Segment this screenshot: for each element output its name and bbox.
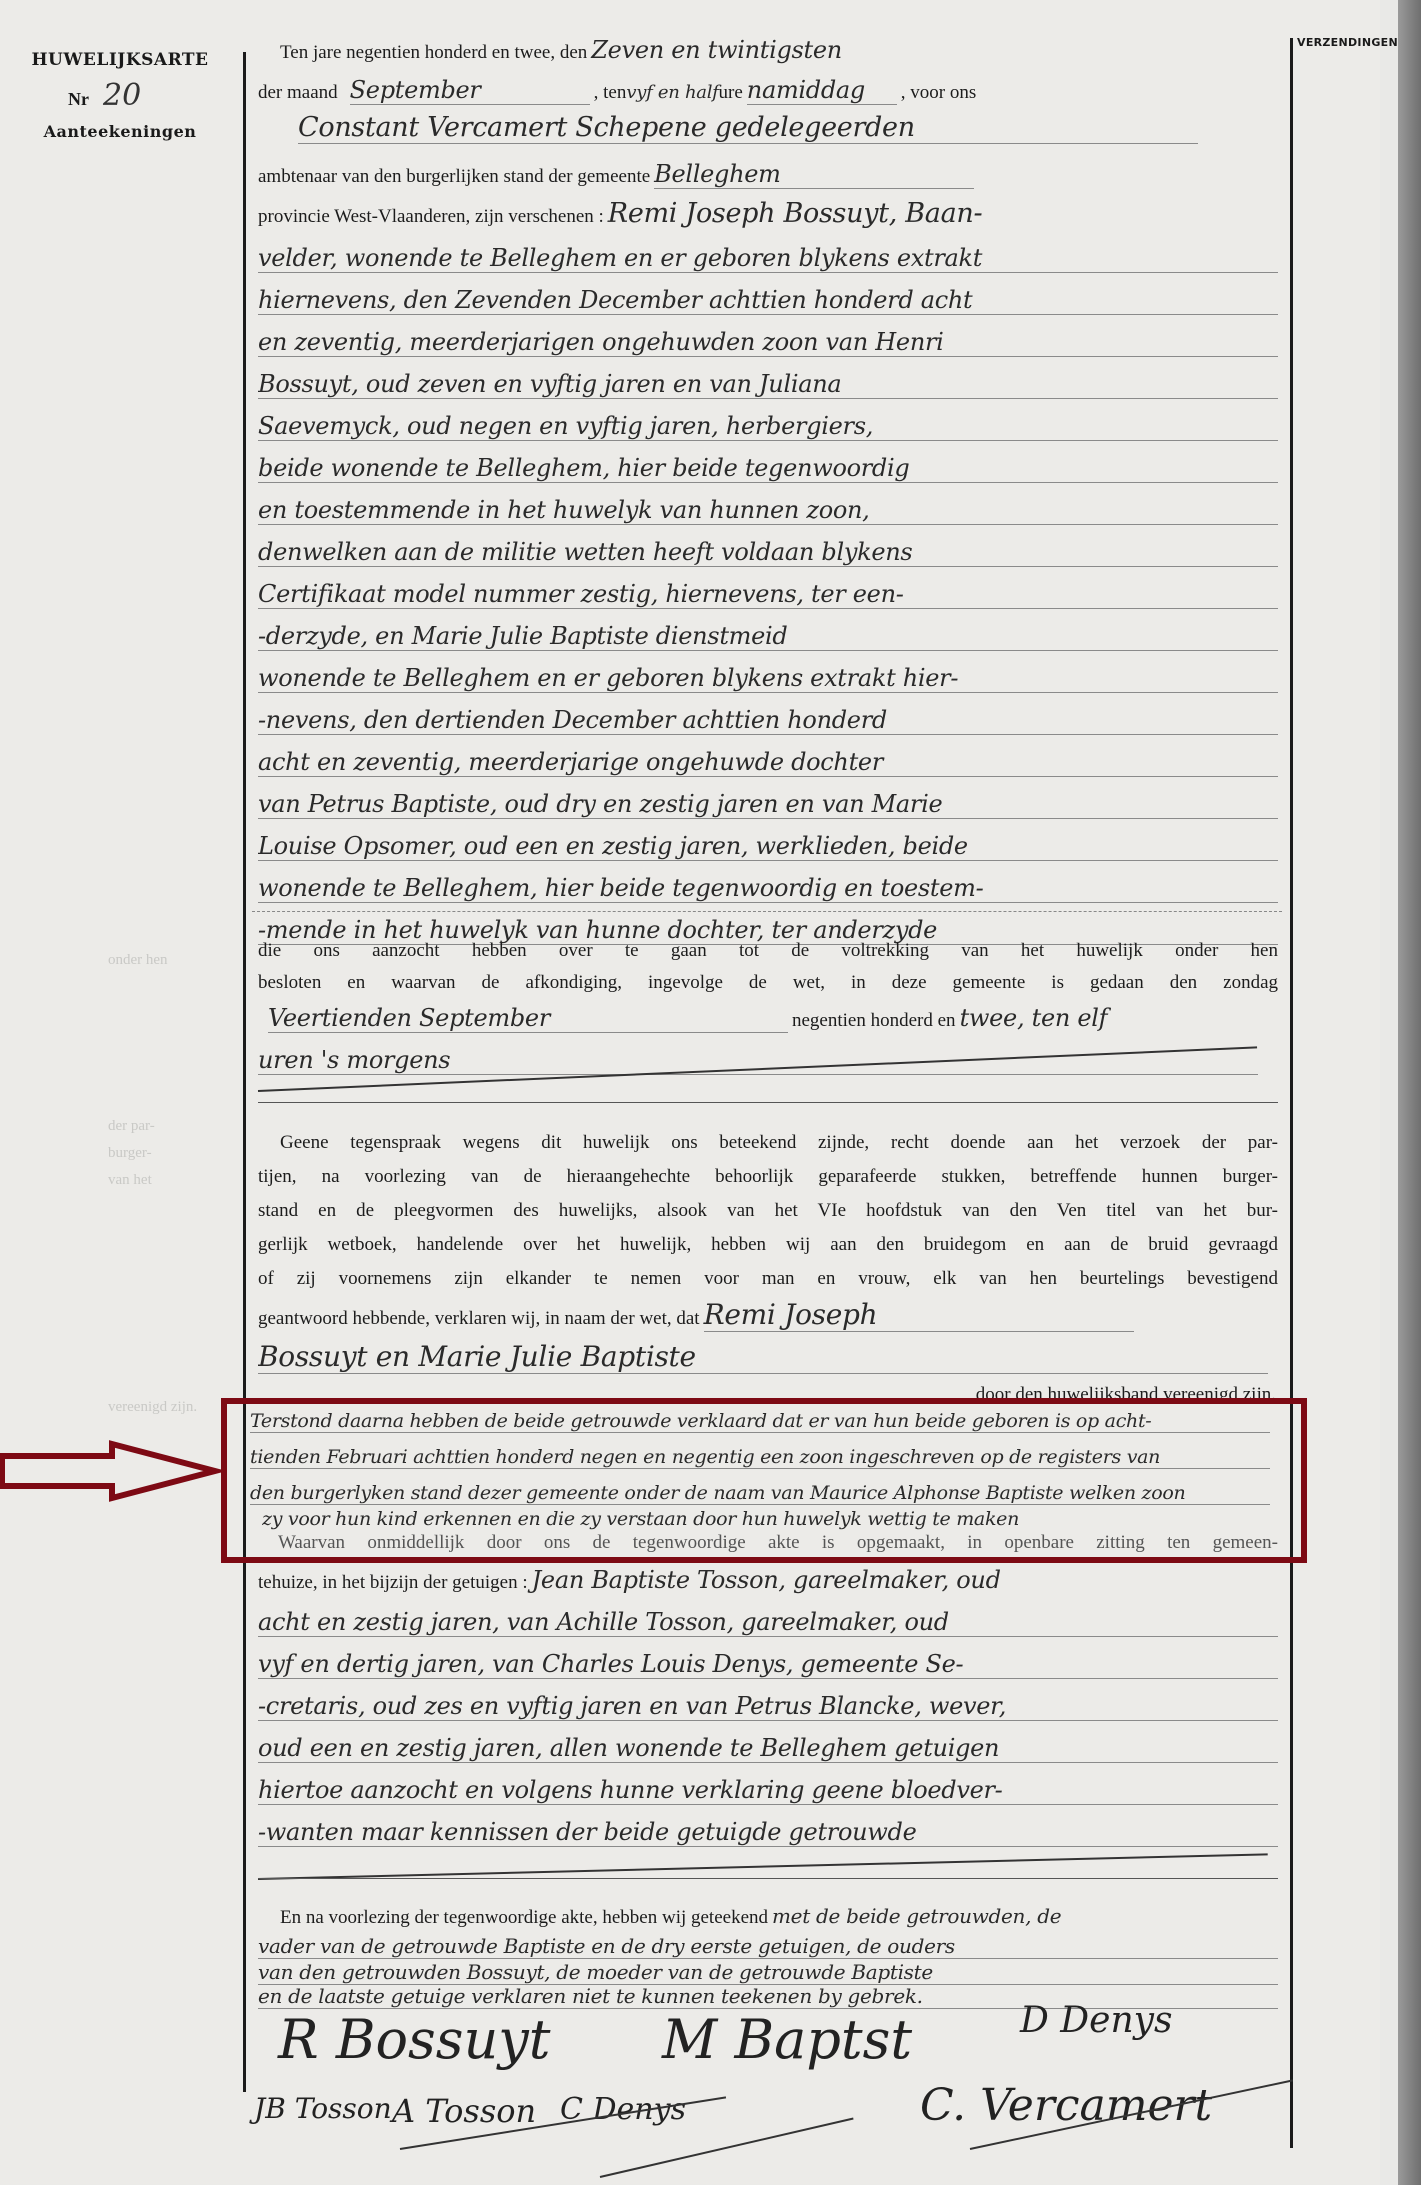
handwritten-line: Certifikaat model nummer zestig, hiernev… (258, 580, 1278, 609)
handwritten-line: Saevemyck, oud negen en vyftig jaren, he… (258, 412, 1278, 441)
handwritten-line: van Petrus Baptiste, oud dry en zestig j… (258, 790, 1278, 819)
handwritten-line: beide wonende te Belleghem, hier beide t… (258, 454, 1278, 483)
printed-text: , voor ons (901, 82, 976, 103)
handwritten-line: Bossuyt, oud zeven en vyftig jaren en va… (258, 370, 1278, 399)
printed-paragraph-line: besloten en waarvan de afkondiging, inge… (258, 972, 1278, 994)
printed-paragraph-line: tijen, na voorlezing van de hieraangehec… (258, 1166, 1278, 1188)
printed-text: tehuize, in het bijzijn der getuigen : (258, 1572, 528, 1593)
dispatches-heading: VERZENDINGEN (1297, 36, 1398, 49)
handwritten-witness: Jean Baptiste Tosson, gareelmaker, oud (532, 1566, 1001, 1594)
handwritten-line: van den getrouwden Bossuyt, de moeder va… (258, 1960, 1278, 1985)
signature-witness: D Denys (1020, 2000, 1172, 2041)
publication-time-line: uren 's morgens (258, 1046, 1278, 1075)
fill-line (252, 911, 1282, 912)
witnesses-line-1: tehuize, in het bijzijn der getuigen : J… (258, 1566, 1278, 1594)
printed-text: ambtenaar van den burgerlijken stand der… (258, 166, 650, 187)
annotations-heading: Aanteekeningen (20, 122, 220, 141)
handwritten-line: acht en zestig jaren, van Achille Tosson… (258, 1608, 1278, 1637)
bleed-through-text: van het (108, 1172, 152, 1189)
handwritten-line: -wanten maar kennissen der beide getuigd… (258, 1818, 1278, 1847)
printed-text: provincie West-Vlaanderen, zijn verschen… (258, 206, 604, 227)
pointer-arrow-icon (0, 1438, 222, 1504)
bleed-through-text: der par- (108, 1118, 155, 1135)
printed-text: Ten jare negentien honderd en twee, den (280, 42, 587, 63)
handwritten-line: oud een en zestig jaren, allen wonende t… (258, 1734, 1278, 1763)
handwritten-time-of-day: namiddag (747, 76, 897, 105)
bleed-through-text: burger- (108, 1145, 152, 1162)
header-line-4: ambtenaar van den burgerlijken stand der… (258, 160, 1278, 189)
handwritten-groom-name: Remi Joseph (704, 1298, 1134, 1332)
signature-witness: C Denys (560, 2092, 686, 2127)
declaration-line-6: geantwoord hebbende, verklaren wij, in n… (258, 1298, 1278, 1332)
signature-witness: A Tosson (392, 2092, 536, 2130)
printed-text: En na voorlezing der tegenwoordige akte,… (280, 1907, 768, 1928)
handwritten-line: en zeventig, meerderjarigen ongehuwden z… (258, 328, 1278, 357)
printed-paragraph-line: of zij voornemens zijn elkander te nemen… (258, 1268, 1278, 1290)
scan-edge-shadow (1398, 0, 1421, 2185)
signature-bride: M Baptst (662, 2008, 912, 2071)
right-column-rule (1290, 38, 1293, 2148)
handwritten-groom-name: Remi Joseph Bossuyt, Baan- (608, 198, 983, 229)
printed-text: negentien honderd en (792, 1010, 956, 1031)
handwritten-publication-date: Veertienden September (268, 1004, 788, 1033)
handwritten-line: -cretaris, oud zes en vyftig jaren en va… (258, 1692, 1278, 1721)
handwritten-year-time: twee, ten elf (960, 1004, 1108, 1032)
handwritten-officer-name: Constant Vercamert Schepene gedelegeerde… (298, 112, 1198, 144)
handwritten-line: hiertoe aanzocht en volgens hunne verkla… (258, 1776, 1278, 1805)
fill-line (258, 1878, 1278, 1879)
printed-paragraph-line: Geene tegenspraak wegens dit huwelijk on… (258, 1132, 1278, 1154)
bleed-through-text: onder hen (108, 952, 168, 969)
header-line-1: Ten jare negentien honderd en twee, den … (258, 36, 1278, 64)
act-number: Nr20 (68, 78, 141, 113)
handwritten-line: wonende te Belleghem en er geboren blyke… (258, 664, 1278, 693)
printed-text: , ten (594, 82, 627, 103)
header-line-2: der maand September , tenvyf en halfure … (258, 76, 1278, 105)
handwritten-line: denwelken aan de militie wetten heeft vo… (258, 538, 1278, 567)
handwritten-line: vyf en dertig jaren, van Charles Louis D… (258, 1650, 1278, 1679)
printed-paragraph-line: stand en de pleegvormen des huwelijks, a… (258, 1200, 1278, 1222)
signature-groom: R Bossuyt (278, 2008, 550, 2071)
act-type-title: HUWELIJKSARTE (20, 50, 220, 70)
printed-paragraph-line: die ons aanzocht hebben over te gaan tot… (258, 940, 1278, 962)
handwritten-text: met de beide getrouwden, de (772, 1904, 1061, 1928)
act-number-value: 20 (103, 78, 141, 113)
signature-witness: JB Tosson (254, 2092, 392, 2125)
handwritten-month: September (350, 76, 590, 105)
handwritten-line: velder, wonende te Belleghem en er gebor… (258, 244, 1278, 273)
header-line-5: provincie West-Vlaanderen, zijn verschen… (258, 198, 1278, 229)
handwritten-line: Louise Opsomer, oud een en zestig jaren,… (258, 832, 1278, 861)
handwritten-municipality: Belleghem (654, 160, 974, 189)
act-number-label: Nr (68, 89, 89, 109)
handwritten-line: hiernevens, den Zevenden December achtti… (258, 286, 1278, 315)
handwritten-bride-line: -derzyde, en Marie Julie Baptiste dienst… (258, 622, 1278, 651)
printed-text: Geene tegenspraak wegens dit huwelijk on… (280, 1132, 1278, 1153)
handwritten-time: uren 's morgens (258, 1046, 1258, 1075)
bleed-through-text: vereenigd zijn. (108, 1399, 197, 1416)
handwritten-line: acht en zeventig, meerderjarige ongehuwd… (258, 748, 1278, 777)
handwritten-line: vader van de getrouwde Baptiste en de dr… (258, 1934, 1278, 1959)
printed-text: ure (719, 82, 743, 103)
header-line-3: Constant Vercamert Schepene gedelegeerde… (258, 112, 1278, 144)
declaration-line-7: Bossuyt en Marie Julie Baptiste (258, 1340, 1278, 1374)
highlight-box (221, 1398, 1307, 1563)
printed-text: der maand (258, 82, 338, 103)
handwritten-hour: vyf en half (626, 82, 718, 103)
fill-line (258, 1102, 1278, 1103)
left-column-rule (243, 52, 246, 2092)
handwritten-couple-names: Bossuyt en Marie Julie Baptiste (258, 1340, 1268, 1374)
closing-line-1: En na voorlezing der tegenwoordige akte,… (258, 1904, 1278, 1929)
printed-paragraph-line: gerlijk wetboek, handelende over het huw… (258, 1234, 1278, 1256)
handwritten-line: -nevens, den dertienden December achttie… (258, 706, 1278, 735)
handwritten-line: en toestemmende in het huwelyk van hunne… (258, 496, 1278, 525)
handwritten-line: wonende te Belleghem, hier beide tegenwo… (258, 874, 1278, 903)
printed-text: geantwoord hebbende, verklaren wij, in n… (258, 1308, 700, 1329)
publication-date-line: Veertienden September negentien honderd … (258, 1004, 1278, 1033)
handwritten-date: Zeven en twintigsten (591, 36, 842, 64)
